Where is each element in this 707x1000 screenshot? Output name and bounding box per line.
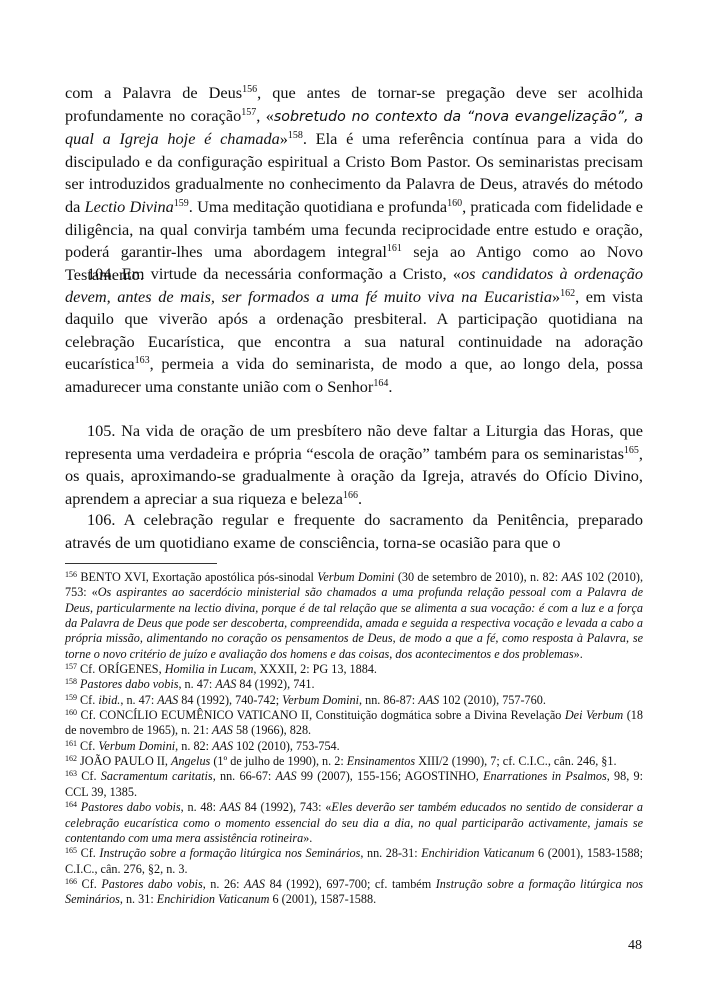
- text-italic: Sacramentum caritatis: [101, 769, 213, 783]
- text-italic: Verbum Domini: [282, 693, 359, 707]
- text-italic: AAS: [215, 677, 236, 691]
- footnote-165: 165 Cf. Instrução sobre a formação litúr…: [65, 846, 643, 877]
- footnote-158: 158 Pastores dabo vobis, n. 47: AAS 84 (…: [65, 677, 643, 692]
- text: 84 (1992), 740-742;: [178, 693, 282, 707]
- footnote-160: 160 Cf. CONCÍLIO ECUMÊNICO VATICANO II, …: [65, 708, 643, 739]
- footnote-ref-157[interactable]: 157: [241, 107, 256, 118]
- text: »: [280, 129, 288, 148]
- paragraph-106: 106. A celebração regular e frequente do…: [65, 509, 643, 554]
- text: Cf. CONCÍLIO ECUMÊNICO VATICANO II, Cons…: [77, 708, 565, 722]
- footnote-ref-158[interactable]: 158: [288, 130, 303, 141]
- text-italic: Enarrationes in Psalmos: [483, 769, 607, 783]
- footnote-ref-165[interactable]: 165: [624, 445, 639, 456]
- footnote-ref-161[interactable]: 161: [387, 243, 402, 254]
- text: Cf.: [77, 739, 98, 753]
- footnote-number: 158: [65, 677, 77, 686]
- text-italic: Instrução sobre a formação litúrgica nos…: [99, 846, 360, 860]
- paragraph-104: 104. Em virtude da necessária conformaçã…: [65, 263, 643, 399]
- footnote-divider: [65, 563, 217, 564]
- text: 102 (2010), 757-760.: [439, 693, 546, 707]
- footnote-166: 166 Cf. Pastores dabo vobis, n. 26: AAS …: [65, 877, 643, 908]
- text: 102 (2010), 753-754.: [233, 739, 340, 753]
- footnote-ref-163[interactable]: 163: [135, 355, 150, 366]
- text: ».: [303, 831, 312, 845]
- footnote-number: 164: [65, 800, 77, 809]
- footnote-159: 159 Cf. ibid., n. 47: AAS 84 (1992), 740…: [65, 693, 643, 708]
- text: BENTO XVI, Exortação apostólica pós-sino…: [77, 570, 317, 584]
- text: , nn. 66-67:: [213, 769, 276, 783]
- footnote-number: 163: [65, 769, 77, 778]
- text-italic: AAS: [244, 877, 265, 891]
- text-italic: ibid.: [98, 693, 120, 707]
- text-italic: Dei Verbum: [565, 708, 623, 722]
- paragraph-continuation: com a Palavra de Deus156, que antes de t…: [65, 82, 643, 286]
- text: XIII/2 (1990), 7; cf. C.I.C., cân. 246, …: [415, 754, 616, 768]
- text-italic: AAS: [157, 693, 178, 707]
- text-italic: AAS: [276, 769, 297, 783]
- text: , n. 47:: [178, 677, 215, 691]
- text: 6 (2001), 1587-1588.: [269, 892, 376, 906]
- text: . Uma meditação quotidiana e profunda: [189, 197, 447, 216]
- text: , n. 31:: [120, 892, 157, 906]
- text: Cf.: [77, 693, 98, 707]
- text: (30 de setembro de 2010), n. 82:: [394, 570, 561, 584]
- lectio-divina-italic: Lectio Divina: [85, 197, 174, 216]
- text: .: [358, 489, 362, 508]
- footnote-ref-162[interactable]: 162: [560, 288, 575, 299]
- footnote-157: 157 Cf. ORÍGENES, Homilia in Lucam, XXXI…: [65, 662, 643, 677]
- text-italic: AAS: [212, 739, 233, 753]
- text-italic: Angelus: [171, 754, 210, 768]
- text-italic: Homilia in Lucam: [165, 662, 254, 676]
- text: 84 (1992), 697-700; cf. também: [265, 877, 436, 891]
- footnote-156: 156 BENTO XVI, Exortação apostólica pós-…: [65, 570, 643, 662]
- text: (1º de julho de 1990), n. 2:: [210, 754, 346, 768]
- text: JOÃO PAULO II,: [77, 754, 171, 768]
- text-italic: Pastores dabo vobis: [81, 800, 181, 814]
- footnote-ref-159[interactable]: 159: [174, 198, 189, 209]
- footnote-number: 156: [65, 570, 77, 579]
- text: Cf.: [77, 877, 101, 891]
- text-italic: AAS: [418, 693, 439, 707]
- footnote-162: 162 JOÃO PAULO II, Angelus (1º de julho …: [65, 754, 643, 769]
- text: , nn. 28-31:: [360, 846, 421, 860]
- text: 104. Em virtude da necessária conformaçã…: [87, 264, 461, 283]
- text: 84 (1992), 743: «: [241, 800, 332, 814]
- text-italic: Pastores dabo vobis: [101, 877, 202, 891]
- footnote-number: 165: [65, 846, 77, 855]
- text: , n. 26:: [203, 877, 244, 891]
- footnote-163: 163 Cf. Sacramentum caritatis, nn. 66-67…: [65, 769, 643, 800]
- text: com a Palavra de Deus: [65, 83, 242, 102]
- footnote-number: 160: [65, 708, 77, 717]
- text: Cf. ORÍGENES,: [77, 662, 165, 676]
- text: Cf.: [77, 769, 101, 783]
- footnote-number: 157: [65, 662, 77, 671]
- footnotes: 156 BENTO XVI, Exortação apostólica pós-…: [65, 570, 643, 908]
- document-page: com a Palavra de Deus156, que antes de t…: [0, 0, 707, 1000]
- text: , «: [256, 106, 274, 125]
- footnote-161: 161 Cf. Verbum Domini, n. 82: AAS 102 (2…: [65, 739, 643, 754]
- text: 99 (2007), 155-156; AGOSTINHO,: [297, 769, 484, 783]
- text: , permeia a vida do seminarista, de modo…: [65, 354, 643, 396]
- footnote-ref-166[interactable]: 166: [343, 490, 358, 501]
- text-italic: Verbum Domini: [317, 570, 394, 584]
- text-italic: AAS: [561, 570, 582, 584]
- footnote-number: 161: [65, 739, 77, 748]
- footnote-ref-160[interactable]: 160: [447, 198, 462, 209]
- text-italic: Enchiridion Vaticanum: [157, 892, 270, 906]
- footnote-ref-156[interactable]: 156: [242, 84, 257, 95]
- text: 105. Na vida de oração de um presbítero …: [65, 421, 643, 463]
- footnote-number: 162: [65, 754, 77, 763]
- text: »: [552, 287, 560, 306]
- footnote-164: 164 Pastores dabo vobis, n. 48: AAS 84 (…: [65, 800, 643, 846]
- text-italic: Os aspirantes ao sacerdócio ministerial …: [65, 585, 643, 660]
- text: 106. A celebração regular e frequente do…: [65, 510, 643, 552]
- text: , n. 82:: [175, 739, 212, 753]
- text-italic: AAS: [212, 723, 233, 737]
- text-italic: Ensinamentos: [347, 754, 415, 768]
- text: , n. 48:: [181, 800, 220, 814]
- text-italic: AAS: [220, 800, 241, 814]
- quote-italic: qual a Igreja hoje é chamada: [65, 129, 280, 148]
- text: , XXXII, 2: PG 13, 1884.: [253, 662, 377, 676]
- text: 84 (1992), 741.: [236, 677, 314, 691]
- text-italic: Enchiridion Vaticanum: [421, 846, 534, 860]
- text-italic: Verbum Domini: [98, 739, 175, 753]
- footnote-ref-164[interactable]: 164: [373, 378, 388, 389]
- footnote-number: 159: [65, 693, 77, 702]
- page-number: 48: [620, 938, 642, 954]
- text: Cf.: [77, 846, 99, 860]
- text: 58 (1966), 828.: [233, 723, 311, 737]
- footnote-number: 166: [65, 877, 77, 886]
- text: , n. 47:: [120, 693, 157, 707]
- text: , nn. 86-87:: [359, 693, 418, 707]
- paragraph-105: 105. Na vida de oração de um presbítero …: [65, 420, 643, 510]
- text: .: [388, 377, 392, 396]
- text: ».: [574, 647, 583, 661]
- quote-italic: sobretudo no contexto da “nova evangeliz…: [274, 109, 643, 125]
- text-italic: Pastores dabo vobis: [80, 677, 178, 691]
